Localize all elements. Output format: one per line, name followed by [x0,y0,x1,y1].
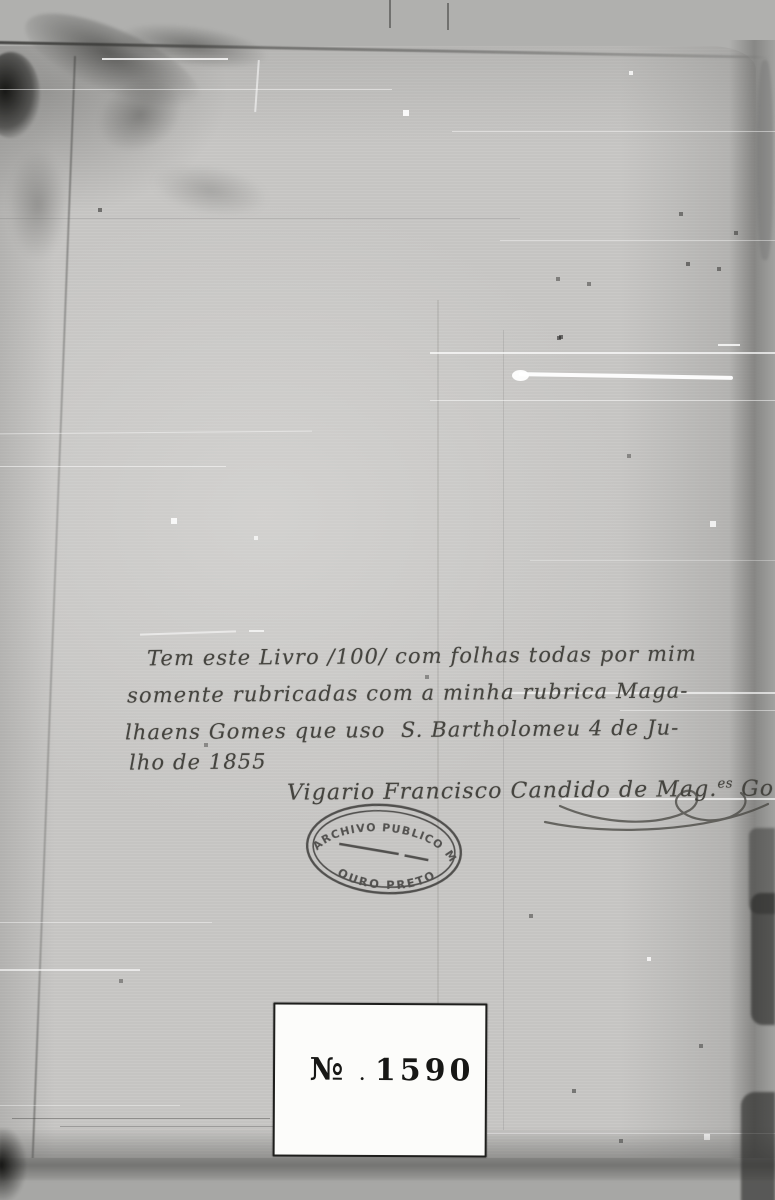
scratch-line [452,131,775,132]
ink-stain [8,150,68,260]
scratch-line [430,352,775,354]
hairline-mark [12,1118,270,1119]
scratch-line [0,466,226,467]
scratch-line [0,89,392,90]
scan-tone-seam [437,300,439,1040]
handwriting-line-3: lhaens Gomes que uso S. Bartholomeu 4 de… [125,716,680,745]
scanned-book-page: Tem este Livro /100/ com folhas todas po… [0,0,775,1200]
handwriting-line-4: lho de 1855 [129,749,267,774]
svg-text:OURO PRETO: OURO PRETO [335,860,440,895]
scratch-line [430,400,775,401]
scratch-line [0,969,140,971]
dust-specks-white [0,0,2,2]
hairline-mark [389,0,391,28]
scratch-line [500,240,775,241]
handwriting-line-2: somente rubricadas com a minha rubrica M… [127,679,689,708]
scratch-line [0,1105,180,1106]
catalog-number: 1590 [375,1053,475,1089]
scratch-line [0,922,212,923]
scratch-line [718,344,740,346]
right-edge-blot [741,1092,775,1200]
stamp-center-mark [339,844,429,860]
hairline-mark [60,1126,275,1127]
hairline-mark [0,218,520,219]
scratch-line [620,710,775,711]
scratch-line [102,58,228,60]
signature-flourish [540,776,775,840]
bottom-left-corner-shadow [0,1128,26,1200]
hairline-mark [447,3,449,30]
handwriting-line-1: Tem este Livro /100/ com folhas todas po… [147,642,697,671]
label-dot: . [359,1065,365,1084]
right-edge-blot [757,60,773,260]
stamp-bottom-text: OURO PRETO [335,860,440,895]
scratch-line [530,560,775,561]
book-page [0,46,756,1162]
scratch-line [249,630,264,632]
scratch-blob [512,370,529,381]
numero-sign: № [310,1052,344,1088]
right-edge-blot [751,893,775,1025]
catalog-number-label: № . 1590 [273,1002,488,1157]
archive-stamp: ARCHIVO PUBLICO MINEIRO OURO PRETO [298,793,471,904]
